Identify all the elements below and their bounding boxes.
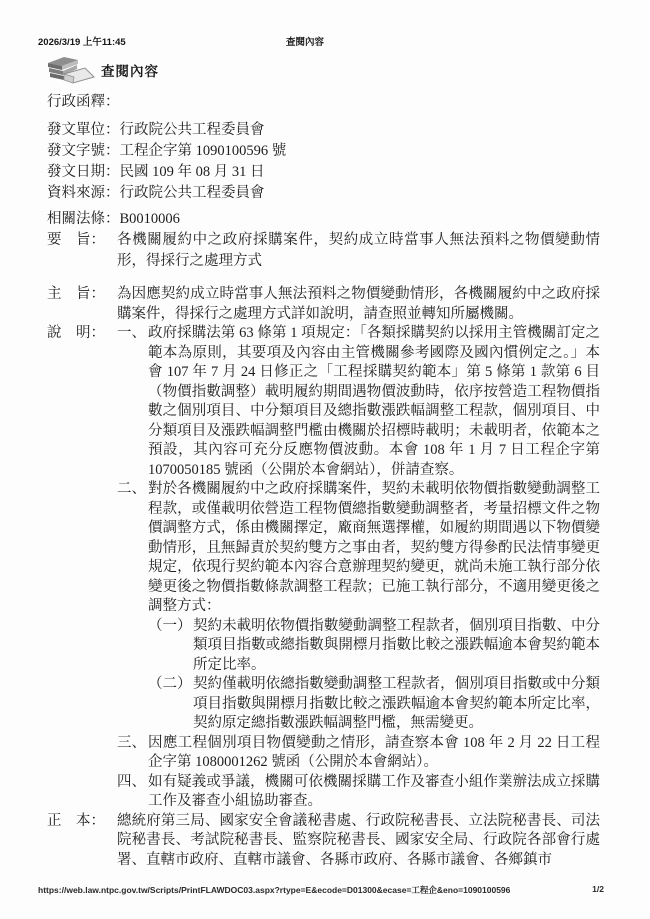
print-preview-page: 2026/3/19 上午11:45 查閱內容 查閱內容 行政函釋： 發文單位： …	[0, 0, 650, 919]
recipients-text: 總統府第三局、國家安全會議秘書處、行政院秘書長、立法院秘書長、司法院秘書長、考試…	[117, 812, 600, 871]
footer-page-number: 1/2	[592, 884, 604, 894]
field-value: 行政院公共工程委員會	[120, 120, 601, 141]
field-row-issue-date: 發文日期： 民國 109 年 08 月 31 日	[47, 162, 600, 183]
list-item-2: 二、 對於各機關履約中之政府採購案件，契約未載明依物價指數變動調整工程款，或僅載…	[117, 480, 600, 617]
footer-url: https://web.law.ntpc.gov.tw/Scripts/Prin…	[38, 884, 510, 896]
page-heading-row: 查閱內容	[45, 54, 159, 86]
list-item-text: 如有疑義或爭議，機關可依機關採購工作及審查小組作業辦法成立採購工作及審查小組協助…	[148, 773, 600, 812]
field-value: 各機關履約中之政府採購案件，契約成立時當事人無法預料之物價變動情形，得採行之處理…	[117, 230, 600, 272]
list-item-marker: 三、	[117, 734, 148, 773]
description-label: 說 明：	[47, 324, 117, 812]
recipients-label: 正 本：	[47, 812, 117, 871]
field-label: 發文日期：	[47, 162, 120, 183]
list-item-marker: 一、	[117, 324, 148, 480]
list-item-text: 契約僅載明依總指數變動調整工程款者，個別項目指數或中分類項目指數與開標月指數比較…	[193, 675, 600, 734]
list-item-text: 契約未載明依物價指數變動調整工程款者，個別項目指數、中分類項目指數或總指數與開標…	[193, 617, 600, 676]
print-header: 2026/3/19 上午11:45 查閱內容	[38, 34, 612, 48]
list-item-3: 三、 因應工程個別項目物價變動之情形，請查察本會 108 年 2 月 22 日工…	[117, 734, 600, 773]
document-body: 行政函釋： 發文單位： 行政院公共工程委員會 發文字號： 工程企字第 10901…	[47, 92, 600, 870]
field-value: 工程企字第 1090100596 號	[120, 141, 601, 162]
list-item-text: 對於各機關履約中之政府採購案件，契約未載明依物價指數變動調整工程款，或僅載明依營…	[148, 480, 600, 617]
field-row-related-law: 相關法條： B0010006	[47, 209, 600, 230]
list-item-text: 因應工程個別項目物價變動之情形，請查察本會 108 年 2 月 22 日工程企字…	[148, 734, 600, 773]
field-row-gist: 要 旨： 各機關履約中之政府採購案件，契約成立時當事人無法預料之物價變動情形，得…	[47, 230, 600, 272]
description-items: 一、 政府採購法第 63 條第 1 項規定：「各類採購契約以採用主管機關訂定之範…	[117, 324, 600, 812]
field-value: B0010006	[120, 209, 601, 230]
list-item-marker: 二、	[117, 480, 148, 617]
subject-paragraph: 主 旨： 為因應契約成立時當事人無法預料之物價變動情形，各機關履約中之政府採購案…	[47, 285, 600, 324]
field-row-issuing-unit: 發文單位： 行政院公共工程委員會	[47, 120, 600, 141]
field-value: 民國 109 年 08 月 31 日	[120, 162, 601, 183]
print-header-title: 查閱內容	[38, 34, 572, 48]
field-label: 要 旨：	[47, 230, 117, 272]
section-title: 行政函釋：	[47, 92, 600, 112]
field-row-document-number: 發文字號： 工程企字第 1090100596 號	[47, 141, 600, 162]
subject-text: 為因應契約成立時當事人無法預料之物價變動情形，各機關履約中之政府採購案件，得採行…	[117, 285, 600, 324]
metadata-fields: 發文單位： 行政院公共工程委員會 發文字號： 工程企字第 1090100596 …	[47, 120, 600, 272]
list-item-marker: 四、	[117, 773, 148, 812]
field-label: 資料來源：	[47, 183, 120, 204]
list-item-text: 政府採購法第 63 條第 1 項規定：「各類採購契約以採用主管機關訂定之範本為原…	[148, 324, 600, 480]
document-stack-icon	[45, 54, 97, 86]
field-row-data-source: 資料來源： 行政院公共工程委員會	[47, 183, 600, 204]
recipients-paragraph: 正 本： 總統府第三局、國家安全會議秘書處、行政院秘書長、立法院秘書長、司法院秘…	[47, 812, 600, 871]
description-paragraph: 說 明： 一、 政府採購法第 63 條第 1 項規定：「各類採購契約以採用主管機…	[47, 324, 600, 812]
list-item-1: 一、 政府採購法第 63 條第 1 項規定：「各類採購契約以採用主管機關訂定之範…	[117, 324, 600, 480]
field-label: 相關法條：	[47, 209, 120, 230]
list-item-4: 四、 如有疑義或爭議，機關可依機關採購工作及審查小組作業辦法成立採購工作及審查小…	[117, 773, 600, 812]
list-subitem-2-1: （一） 契約未載明依物價指數變動調整工程款者，個別項目指數、中分類項目指數或總指…	[148, 617, 600, 676]
field-value: 行政院公共工程委員會	[120, 183, 601, 204]
field-label: 發文字號：	[47, 141, 120, 162]
print-footer: https://web.law.ntpc.gov.tw/Scripts/Prin…	[38, 884, 612, 896]
page-heading: 查閱內容	[101, 60, 159, 80]
field-label: 發文單位：	[47, 120, 120, 141]
list-item-marker: （二）	[148, 675, 193, 734]
subject-label: 主 旨：	[47, 285, 117, 324]
list-subitem-2-2: （二） 契約僅載明依總指數變動調整工程款者，個別項目指數或中分類項目指數與開標月…	[148, 675, 600, 734]
list-item-marker: （一）	[148, 617, 193, 676]
